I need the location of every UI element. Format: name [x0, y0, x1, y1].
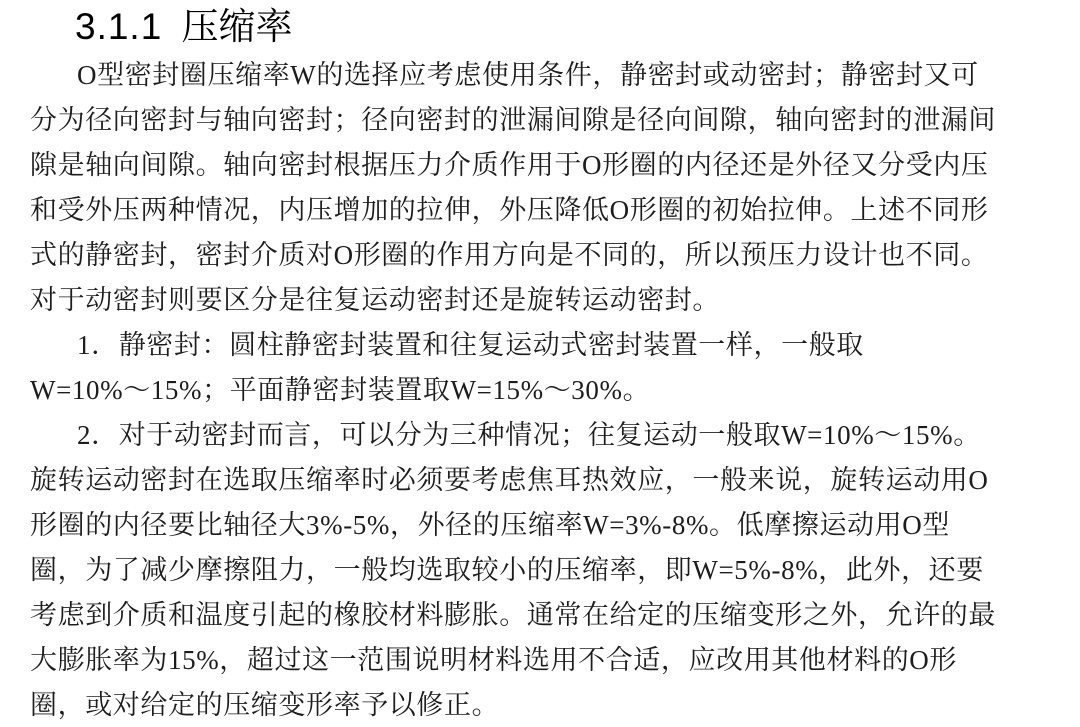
text-line: 圈，为了减少摩擦阻力，一般均选取较小的压缩率，即W=5%-8%，此外，还要 — [30, 548, 1030, 593]
text-line: 圈，或对给定的压缩变形率予以修正。 — [30, 683, 1030, 727]
text-line: 和受外压两种情况，内压增加的拉伸，外压降低O形圈的初始拉伸。上述不同形 — [30, 188, 1030, 233]
text-line: 旋转运动密封在选取压缩率时必须要考虑焦耳热效应，一般来说，旋转运动用O — [30, 458, 1030, 503]
document-page: 3.1.1 压缩率 O型密封圈压缩率W的选择应考虑使用条件，静密封或动密封；静密… — [0, 0, 1080, 727]
section-title: 压缩率 — [182, 7, 293, 48]
list-item-static-seal: 1．静密封：圆柱静密封装置和往复运动式密封装置一样，一般取 W=10%～15%；… — [30, 323, 1030, 413]
text-line: 考虑到介质和温度引起的橡胶材料膨胀。通常在给定的压缩变形之外，允许的最 — [30, 593, 1030, 638]
text-line: 大膨胀率为15%，超过这一范围说明材料选用不合适，应改用其他材料的O形 — [30, 638, 1030, 683]
text-line: 隙是轴向间隙。轴向密封根据压力介质作用于O形圈的内径还是外径又分受内压 — [30, 143, 1030, 188]
text-line: 1．静密封：圆柱静密封装置和往复运动式密封装置一样，一般取 — [30, 323, 1030, 368]
text-line: W=10%～15%；平面静密封装置取W=15%～30%。 — [30, 368, 1030, 413]
list-item-dynamic-seal: 2．对于动密封而言，可以分为三种情况；往复运动一般取W=10%～15%。 旋转运… — [30, 413, 1030, 727]
text-line: 分为径向密封与轴向密封；径向密封的泄漏间隙是径向间隙，轴向密封的泄漏间 — [30, 98, 1030, 143]
text-line: O型密封圈压缩率W的选择应考虑使用条件，静密封或动密封；静密封又可 — [30, 53, 1030, 98]
text-line: 2．对于动密封而言，可以分为三种情况；往复运动一般取W=10%～15%。 — [30, 413, 1030, 458]
text-line: 对于动密封则要区分是往复运动密封还是旋转运动密封。 — [30, 278, 1030, 323]
section-number: 3.1.1 — [75, 6, 162, 47]
intro-paragraph: O型密封圈压缩率W的选择应考虑使用条件，静密封或动密封；静密封又可 分为径向密封… — [30, 53, 1030, 323]
section-heading: 3.1.1 压缩率 — [75, 2, 1030, 53]
text-line: 式的静密封，密封介质对O形圈的作用方向是不同的，所以预压力设计也不同。 — [30, 233, 1030, 278]
text-line: 形圈的内径要比轴径大3%-5%，外径的压缩率W=3%-8%。低摩擦运动用O型 — [30, 503, 1030, 548]
